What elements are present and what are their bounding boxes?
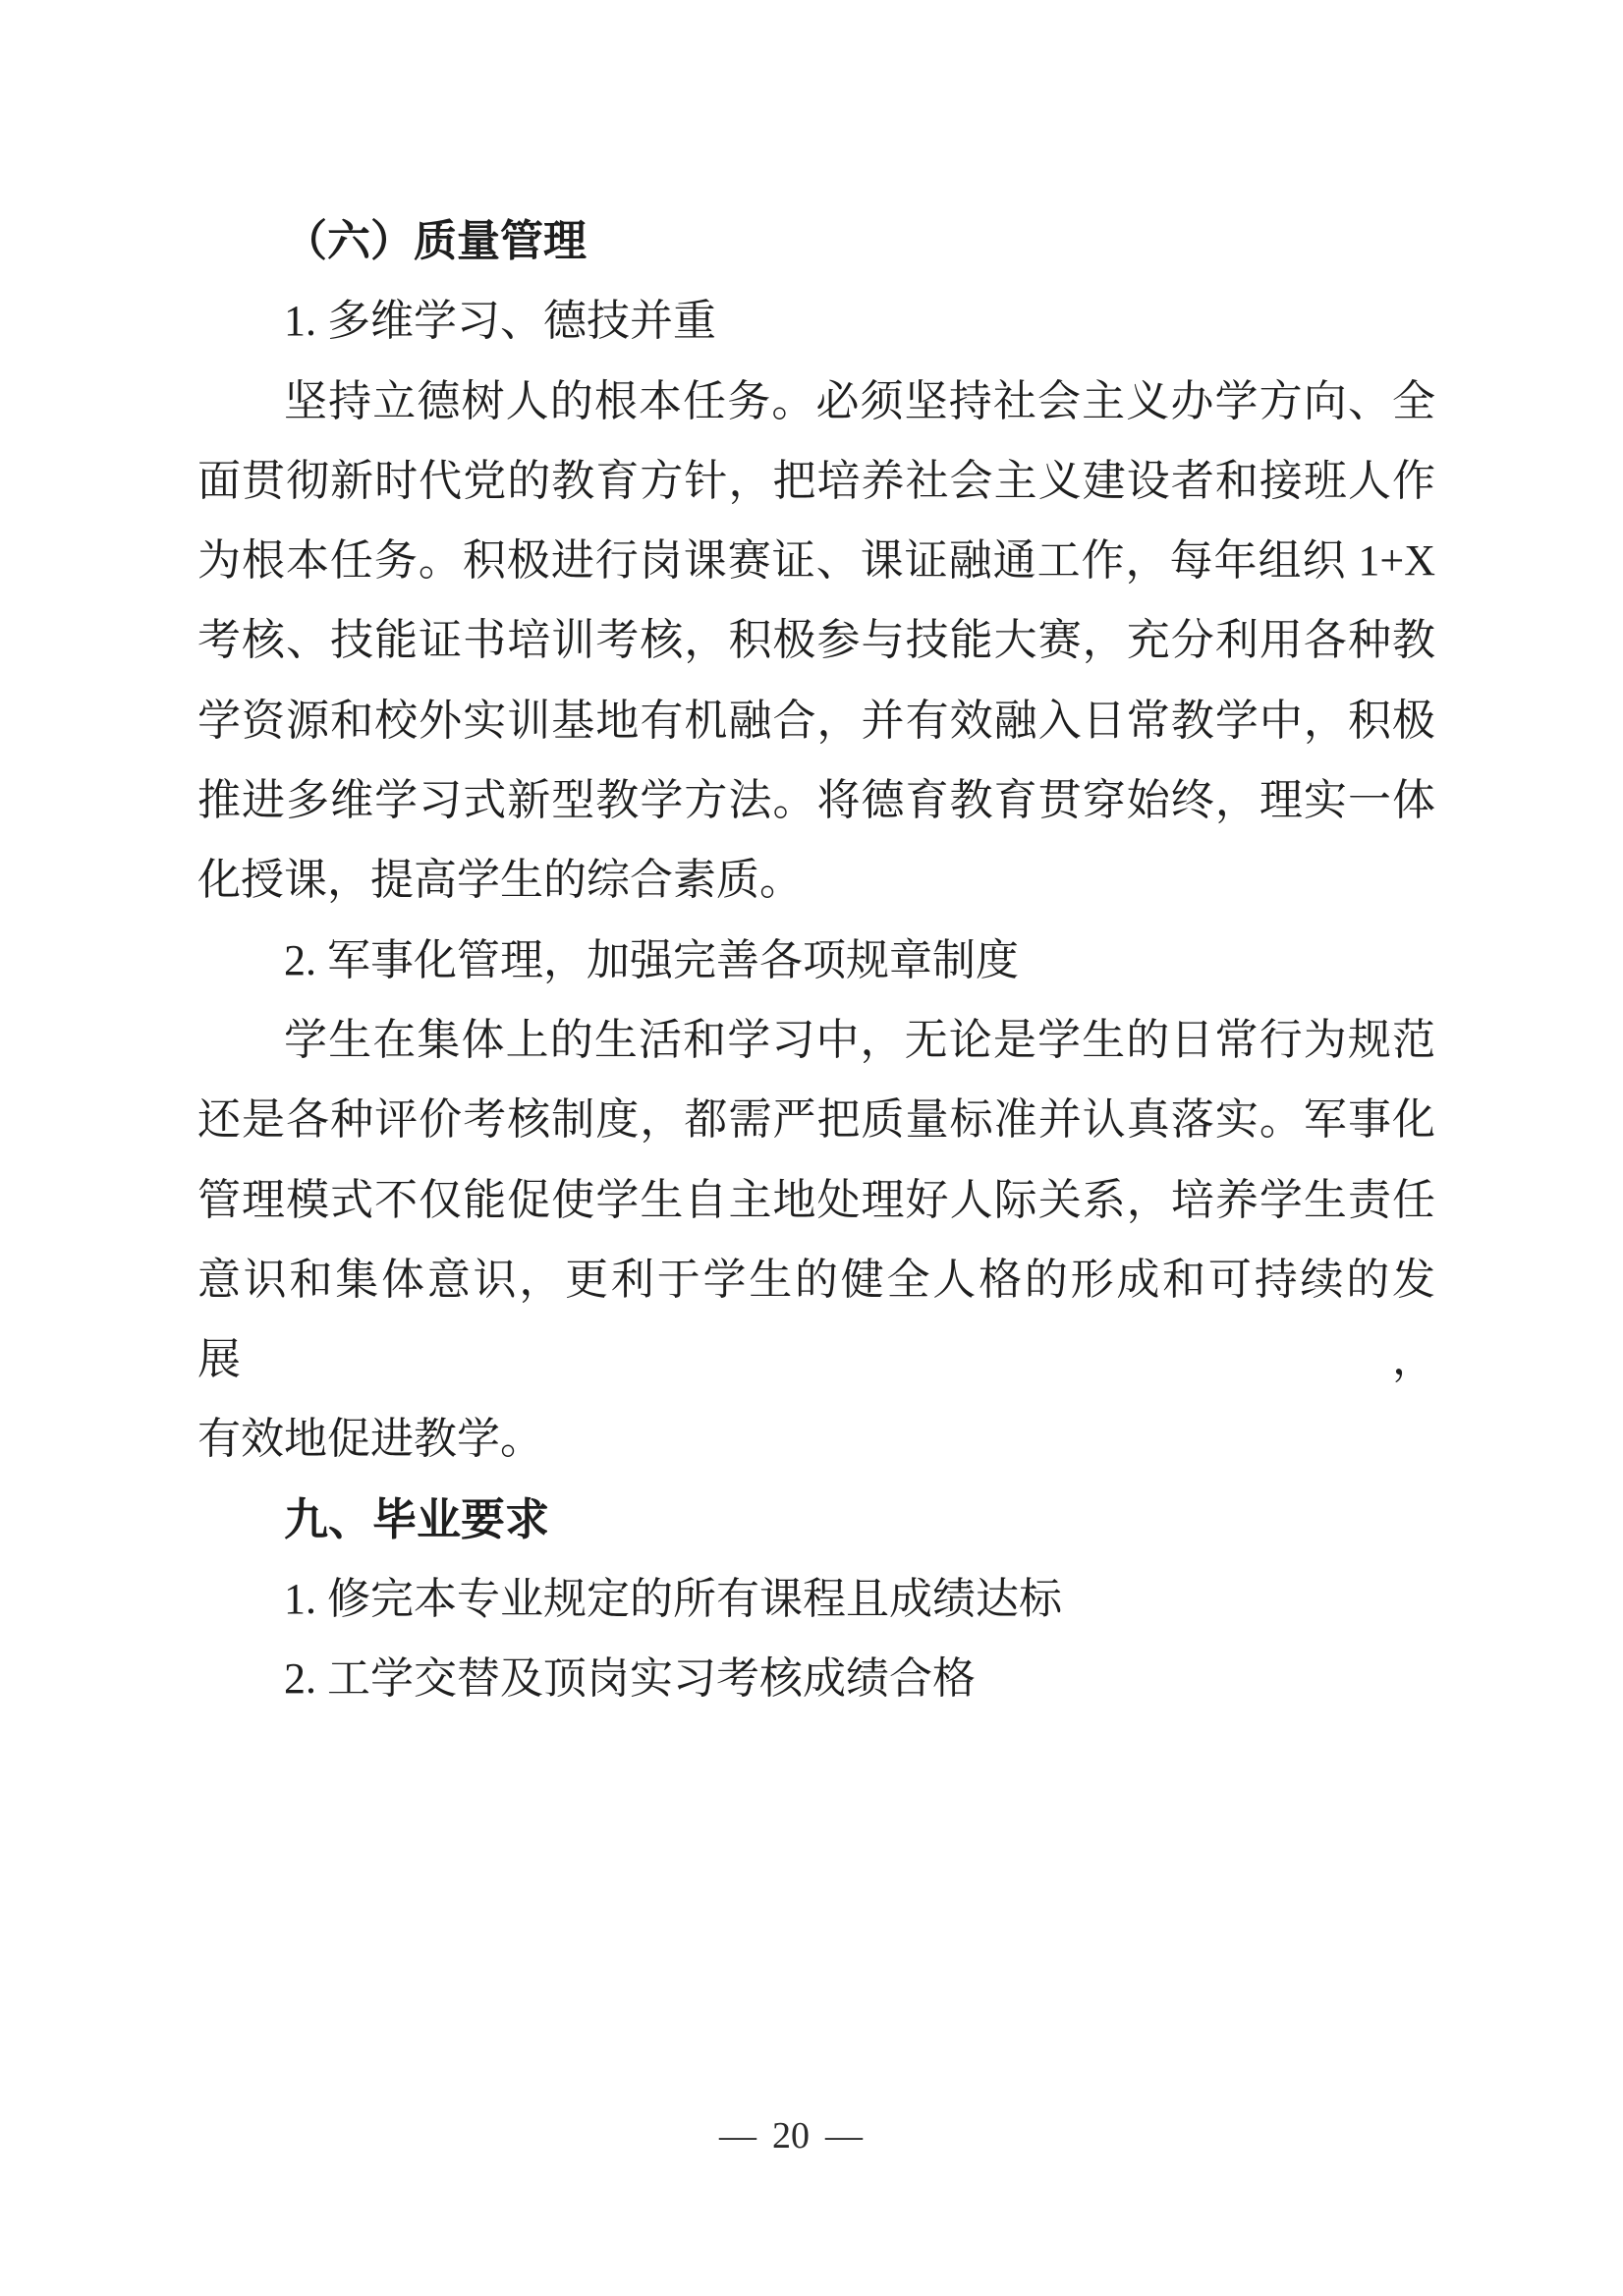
paragraph-line: 学生在集体上的生活和学习中，无论是学生的日常行为规范: [197, 1000, 1435, 1080]
paragraph-line: 管理模式不仅能促使学生自主地处理好人际关系，培养学生责任: [197, 1160, 1435, 1240]
paragraph-line: 面贯彻新时代党的教育方针，把培养社会主义建设者和接班人作: [197, 441, 1435, 521]
paragraph-line: 化授课，提高学生的综合素质。: [197, 840, 1435, 920]
paragraph-line: 学资源和校外实训基地有机融合，并有效融入日常教学中，积极: [197, 681, 1435, 760]
footer-left-dash: —: [719, 2115, 756, 2156]
section-heading-quality-management: （六）质量管理: [197, 201, 1435, 281]
paragraph-line: 意识和集体意识，更利于学生的健全人格的形成和可持续的发展，: [197, 1240, 1435, 1400]
page-footer: —20—: [0, 2114, 1582, 2157]
paragraph-quality-2: 学生在集体上的生活和学习中，无论是学生的日常行为规范 还是各种评价考核制度，都需…: [197, 1000, 1435, 1480]
page-content: （六）质量管理 1. 多维学习、德技并重 坚持立德树人的根本任务。必须坚持社会主…: [197, 201, 1435, 1719]
paragraph-quality-1: 坚持立德树人的根本任务。必须坚持社会主义办学方向、全 面贯彻新时代党的教育方针，…: [197, 362, 1435, 921]
page-number: 20: [772, 2115, 810, 2156]
list-item-multidimensional-learning: 1. 多维学习、德技并重: [197, 281, 1435, 361]
paragraph-line: 还是各种评价考核制度，都需严把质量标准并认真落实。军事化: [197, 1080, 1435, 1159]
document-page: （六）质量管理 1. 多维学习、德技并重 坚持立德树人的根本任务。必须坚持社会主…: [0, 0, 1623, 2296]
paragraph-line: 推进多维学习式新型教学方法。将德育教育贯穿始终，理实一体: [197, 760, 1435, 840]
paragraph-line: 考核、技能证书培训考核，积极参与技能大赛，充分利用各种教: [197, 600, 1435, 680]
paragraph-line: 有效地促进教学。: [197, 1399, 1435, 1479]
paragraph-line: 坚持立德树人的根本任务。必须坚持社会主义办学方向、全: [197, 362, 1435, 441]
chapter-heading-graduation-requirements: 九、毕业要求: [197, 1480, 1435, 1559]
paragraph-line: 为根本任务。积极进行岗课赛证、课证融通工作，每年组织 1+X: [197, 521, 1435, 600]
list-item-internship-assessment: 2. 工学交替及顶岗实习考核成绩合格: [197, 1639, 1435, 1718]
footer-right-dash: —: [825, 2115, 863, 2156]
list-item-complete-courses: 1. 修完本专业规定的所有课程且成绩达标: [197, 1559, 1435, 1639]
list-item-militarized-management: 2. 军事化管理，加强完善各项规章制度: [197, 921, 1435, 1000]
